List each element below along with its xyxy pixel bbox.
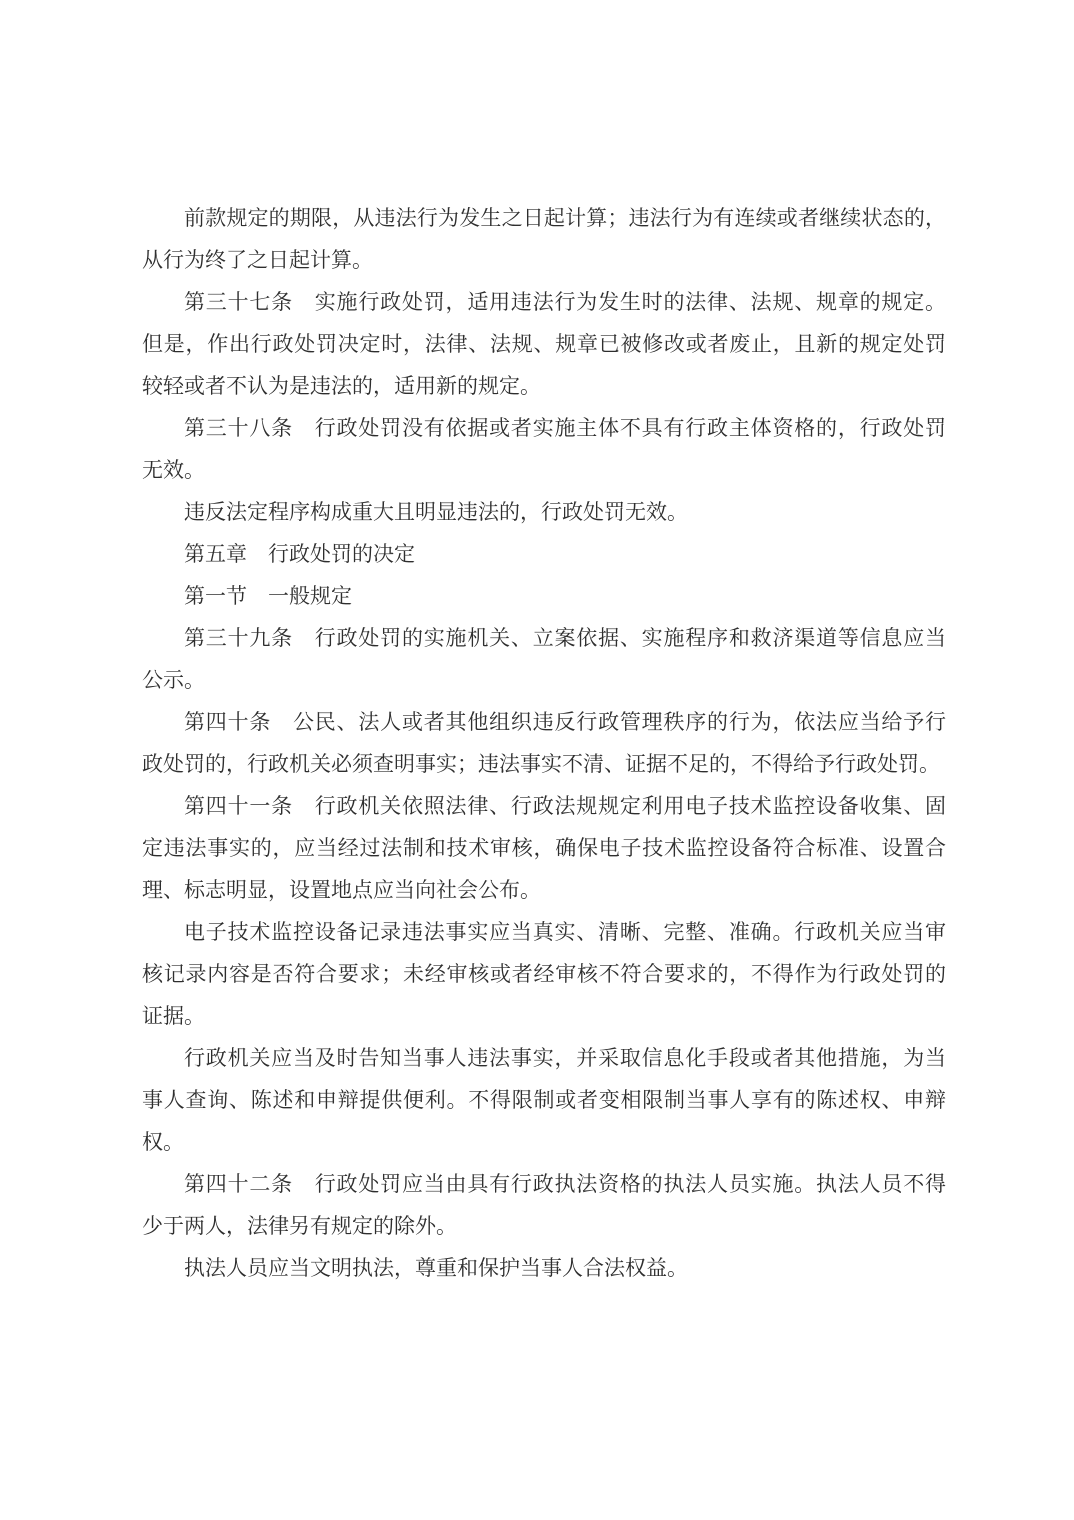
text-line: 第三十九条 行政处罚的实施机关、立案依据、实施程序和救济渠道等信息应当 xyxy=(142,617,946,659)
text-line: 证据。 xyxy=(142,995,946,1037)
text-line: 公示。 xyxy=(142,659,946,701)
text-line: 少于两人，法律另有规定的除外。 xyxy=(142,1205,946,1247)
chapter-heading: 第五章 行政处罚的决定 xyxy=(142,533,946,575)
section-heading: 第一节 一般规定 xyxy=(142,575,946,617)
document-text: 前款规定的期限，从违法行为发生之日起计算；违法行为有连续或者继续状态的，从行为终… xyxy=(142,197,946,1289)
text-line: 事人查询、陈述和申辩提供便利。不得限制或者变相限制当事人享有的陈述权、申辩 xyxy=(142,1079,946,1121)
text-line: 第三十八条 行政处罚没有依据或者实施主体不具有行政主体资格的，行政处罚 xyxy=(142,407,946,449)
text-line: 较轻或者不认为是违法的，适用新的规定。 xyxy=(142,365,946,407)
text-line: 违反法定程序构成重大且明显违法的，行政处罚无效。 xyxy=(142,491,946,533)
text-line: 从行为终了之日起计算。 xyxy=(142,239,946,281)
text-line: 执法人员应当文明执法，尊重和保护当事人合法权益。 xyxy=(142,1247,946,1289)
text-line: 无效。 xyxy=(142,449,946,491)
text-line: 第四十条 公民、法人或者其他组织违反行政管理秩序的行为，依法应当给予行 xyxy=(142,701,946,743)
text-line: 第四十一条 行政机关依照法律、行政法规规定利用电子技术监控设备收集、固 xyxy=(142,785,946,827)
text-line: 电子技术监控设备记录违法事实应当真实、清晰、完整、准确。行政机关应当审 xyxy=(142,911,946,953)
text-line: 政处罚的，行政机关必须查明事实；违法事实不清、证据不足的，不得给予行政处罚。 xyxy=(142,743,946,785)
text-line: 权。 xyxy=(142,1121,946,1163)
text-line: 前款规定的期限，从违法行为发生之日起计算；违法行为有连续或者继续状态的， xyxy=(142,197,946,239)
text-line: 理、标志明显，设置地点应当向社会公布。 xyxy=(142,869,946,911)
text-line: 第三十七条 实施行政处罚，适用违法行为发生时的法律、法规、规章的规定。 xyxy=(142,281,946,323)
text-line: 行政机关应当及时告知当事人违法事实，并采取信息化手段或者其他措施，为当 xyxy=(142,1037,946,1079)
text-line: 第四十二条 行政处罚应当由具有行政执法资格的执法人员实施。执法人员不得 xyxy=(142,1163,946,1205)
page: { "page": { "background_color": "#ffffff… xyxy=(0,0,1074,1520)
text-line: 核记录内容是否符合要求；未经审核或者经审核不符合要求的，不得作为行政处罚的 xyxy=(142,953,946,995)
text-line: 定违法事实的，应当经过法制和技术审核，确保电子技术监控设备符合标准、设置合 xyxy=(142,827,946,869)
document-page: 前款规定的期限，从违法行为发生之日起计算；违法行为有连续或者继续状态的，从行为终… xyxy=(0,0,1074,1520)
text-line: 但是，作出行政处罚决定时，法律、法规、规章已被修改或者废止，且新的规定处罚 xyxy=(142,323,946,365)
